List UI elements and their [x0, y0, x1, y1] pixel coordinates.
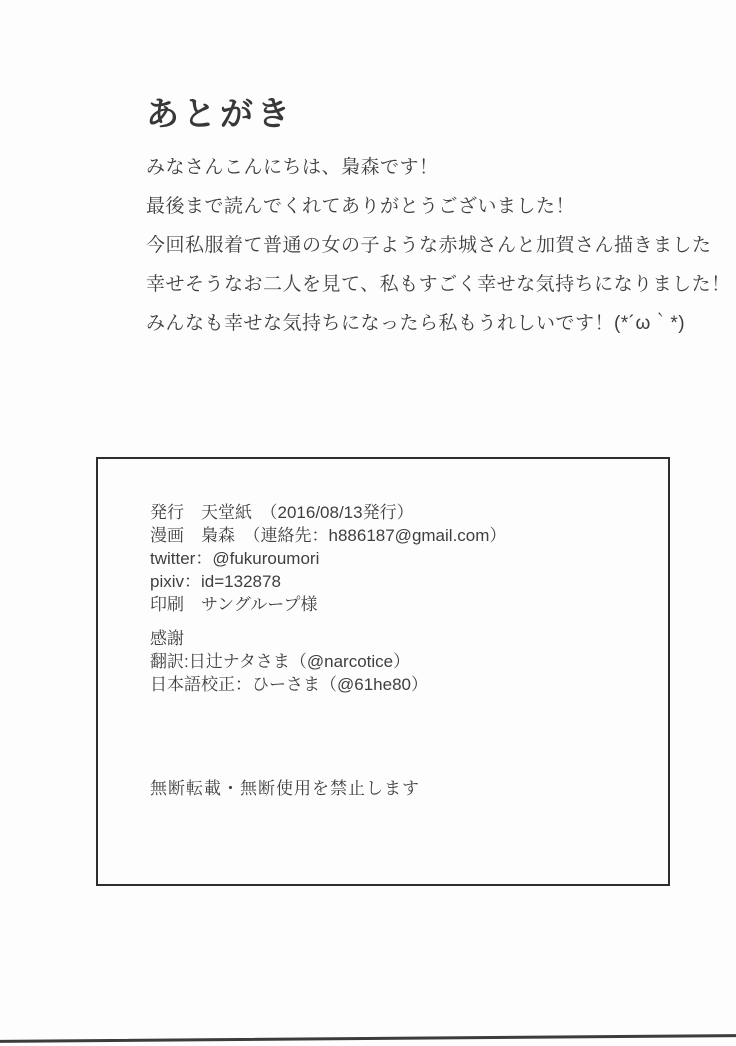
- afterword-line: 最後まで読んでくれてありがとうございました！: [146, 194, 686, 220]
- publisher-line: 発行 天堂紙 （2016/08/13発行）: [150, 501, 668, 524]
- printer-line: 印刷 サングループ様: [150, 593, 668, 616]
- pixiv-line: pixiv：id=132878: [150, 570, 668, 593]
- afterword-body: みなさんこんにちは、梟森です！ 最後まで読んでくれてありがとうございました！ 今…: [146, 155, 686, 350]
- twitter-line: twitter：@fukuroumori: [150, 547, 668, 570]
- page-title: あとがき: [146, 88, 294, 135]
- afterword-line: 今回私服着て普通の女の子ような赤城さんと加賀さん描きました: [146, 233, 686, 259]
- thanks-block: 感謝 翻訳:日辻ナタさま（@narcotice） 日本語校正：ひーさま（@61h…: [150, 627, 668, 696]
- afterword-line: 幸せそうなお二人を見て、私もすごく幸せな気持ちになりました！: [146, 272, 686, 298]
- proofread-line: 日本語校正：ひーさま（@61he80）: [150, 673, 668, 696]
- no-reproduction-notice: 無断転載・無断使用を禁止します: [150, 777, 668, 800]
- thanks-header: 感謝: [150, 627, 668, 650]
- afterword-line: みなさんこんにちは、梟森です！: [146, 155, 686, 181]
- page-bottom-scan-edge: [0, 1034, 736, 1043]
- artist-line: 漫画 梟森 （連絡先：h886187@gmail.com）: [150, 524, 668, 547]
- colophon-content: 発行 天堂紙 （2016/08/13発行） 漫画 梟森 （連絡先：h886187…: [98, 459, 668, 800]
- colophon-box: 発行 天堂紙 （2016/08/13発行） 漫画 梟森 （連絡先：h886187…: [96, 457, 670, 886]
- translation-line: 翻訳:日辻ナタさま（@narcotice）: [150, 650, 668, 673]
- afterword-page: あとがき みなさんこんにちは、梟森です！ 最後まで読んでくれてありがとうございま…: [0, 0, 736, 1046]
- afterword-line: みんなも幸せな気持ちになったら私もうれしいです！(*´ω｀*): [146, 311, 686, 337]
